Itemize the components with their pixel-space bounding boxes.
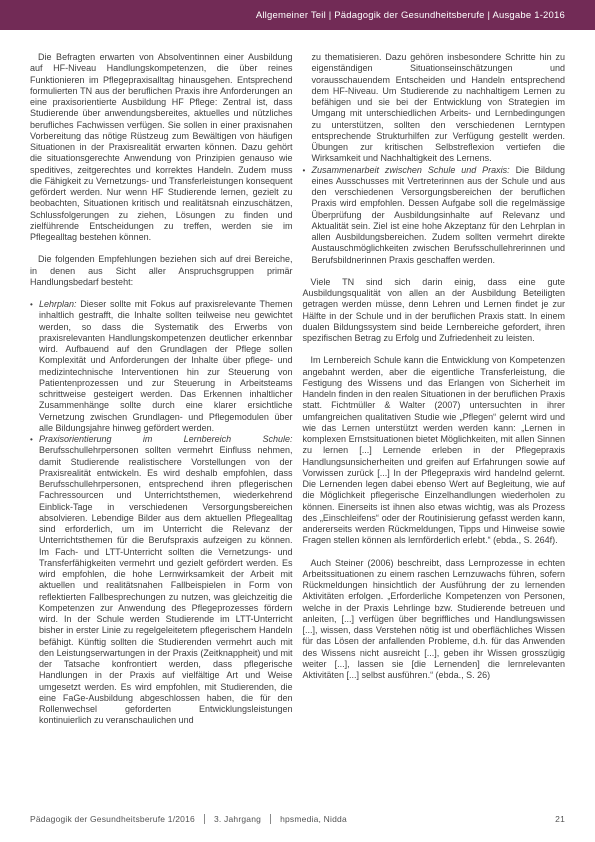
article-body: Die Befragten erwarten von Absolventinne… (30, 52, 565, 727)
bullet-icon: • (30, 299, 33, 310)
list-item-praxisorientierung: •Praxisorientierung im Lernbereich Schul… (30, 434, 293, 727)
bullet-continuation-text: zu thematisieren. Dazu gehören insbesond… (303, 52, 566, 165)
footer: Pädagogik der Gesundheitsberufe 1/2016 3… (30, 814, 565, 824)
bullet-text-lehrplan: Dieser sollte mit Fokus auf praxisreleva… (39, 299, 293, 433)
paragraph-fichtmueller-walter: Im Lernbereich Schule kann die Entwicklu… (303, 355, 566, 546)
bullet-lead-praxisorientierung: Praxisorientierung im Lernbereich Schule… (39, 434, 293, 444)
paragraph-intro: Die Befragten erwarten von Absolventinne… (30, 52, 293, 243)
bullet-lead-zusammenarbeit: Zusammenarbeit zwischen Schule und Praxi… (312, 165, 510, 175)
right-column: zu thematisieren. Dazu gehören insbesond… (303, 52, 566, 727)
header-bar: Allgemeiner Teil | Pädagogik der Gesundh… (0, 0, 595, 30)
document-page: Allgemeiner Teil | Pädagogik der Gesundh… (0, 0, 595, 842)
bullet-text-praxisorientierung: Berufsschullehrpersonen sollten vermehrt… (39, 445, 293, 725)
bullet-lead-lehrplan: Lehrplan: (39, 299, 77, 309)
footer-journal-title: Pädagogik der Gesundheitsberufe 1/2016 (30, 814, 195, 824)
header-running-title: Allgemeiner Teil | Pädagogik der Gesundh… (256, 10, 565, 21)
bullet-text-zusammenarbeit: Die Bildung eines Ausschusses mit Vertre… (312, 165, 566, 265)
bullet-icon: • (303, 165, 306, 176)
paragraph-recommendations-lead: Die folgenden Empfehlungen beziehen sich… (30, 254, 293, 288)
footer-divider (204, 814, 205, 824)
list-item-zusammenarbeit: •Zusammenarbeit zwischen Schule und Prax… (303, 165, 566, 266)
paragraph-ausbildungsqualitaet: Viele TN sind sich darin einig, dass ein… (303, 277, 566, 345)
footer-divider (270, 814, 271, 824)
paragraph-steiner: Auch Steiner (2006) beschreibt, dass Ler… (303, 558, 566, 682)
footer-volume: 3. Jahrgang (214, 814, 261, 824)
left-column: Die Befragten erwarten von Absolventinne… (30, 52, 293, 727)
bullet-icon: • (30, 434, 33, 445)
page-number: 21 (555, 814, 565, 824)
list-item-lehrplan: •Lehrplan: Dieser sollte mit Fokus auf p… (30, 299, 293, 434)
footer-publisher: hpsmedia, Nidda (280, 814, 347, 824)
